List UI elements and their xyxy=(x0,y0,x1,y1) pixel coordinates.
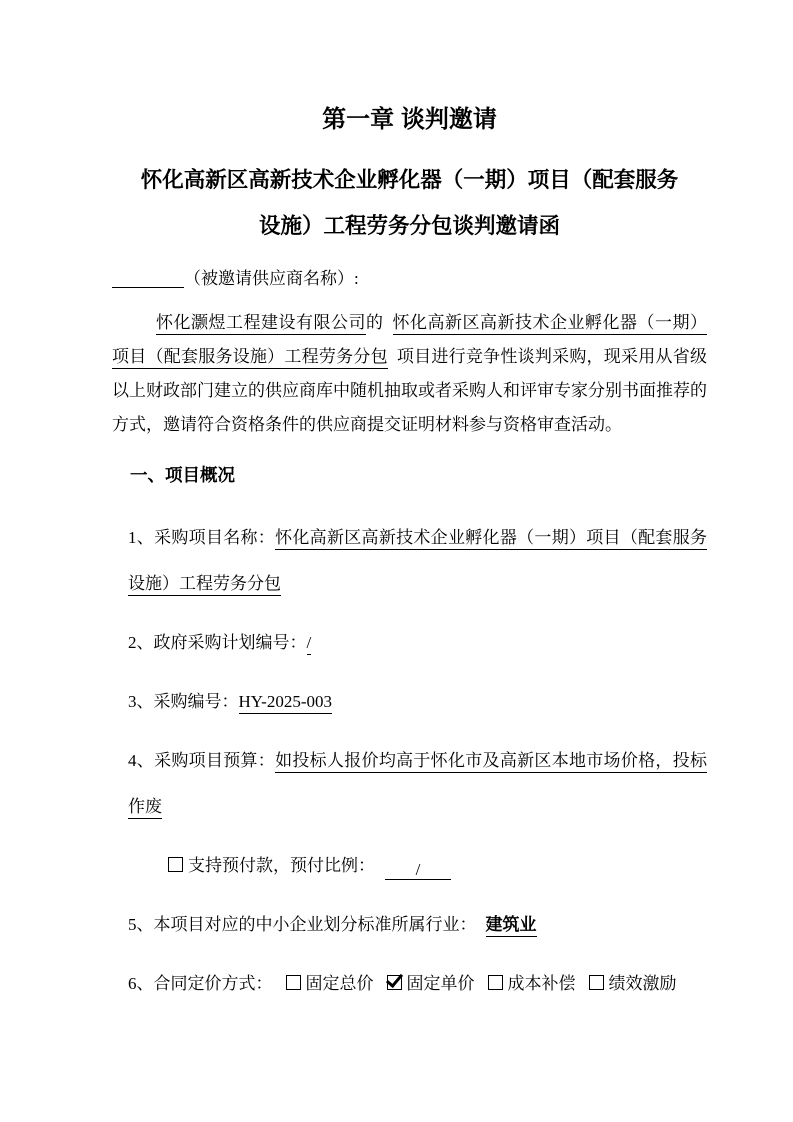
item3-label: 3、采购编号： xyxy=(128,692,239,711)
item-sme-industry: 5、本项目对应的中小企业划分标准所属行业：建筑业 xyxy=(128,902,707,948)
item6-label: 6、合同定价方式： xyxy=(128,974,273,993)
item1-label: 1、采购项目名称： xyxy=(128,528,275,547)
prepayment-checkbox-icon[interactable] xyxy=(168,857,183,872)
item-procurement-budget: 4、采购项目预算：如投标人报价均高于怀化市及高新区本地市场价格，投标作废 xyxy=(128,738,707,830)
fixed-total-price-label: 固定总价 xyxy=(306,974,374,993)
option-performance-incentive[interactable]: 绩效激励 xyxy=(589,974,677,993)
item-procurement-number: 3、采购编号：HY-2025-003 xyxy=(128,679,707,725)
performance-incentive-checkbox-icon[interactable] xyxy=(589,975,604,990)
cost-compensation-label: 成本补偿 xyxy=(508,974,576,993)
prepayment-ratio-blank-field[interactable]: / xyxy=(385,861,451,880)
item2-value: / xyxy=(307,633,312,655)
invited-supplier-label: （被邀请供应商名称）: xyxy=(184,269,359,288)
item-contract-pricing-method: 6、合同定价方式：固定总价固定单价成本补偿绩效激励 xyxy=(128,961,707,1007)
invited-supplier-line: （被邀请供应商名称）: xyxy=(112,264,707,294)
prepayment-line: 支持预付款，预付比例：/ xyxy=(168,843,707,889)
option-fixed-total-price[interactable]: 固定总价 xyxy=(286,974,374,993)
fixed-unit-price-label: 固定单价 xyxy=(407,974,475,993)
item2-label: 2、政府采购计划编号： xyxy=(128,633,307,652)
cost-compensation-checkbox-icon[interactable] xyxy=(488,975,503,990)
document-page: 第一章 谈判邀请 怀化高新区高新技术企业孵化器（一期）项目（配套服务设施）工程劳… xyxy=(0,0,793,1122)
item-procurement-project-name: 1、采购项目名称：怀化高新区高新技术企业孵化器（一期）项目（配套服务设施）工程劳… xyxy=(128,515,707,607)
option-fixed-unit-price[interactable]: 固定单价 xyxy=(387,974,475,993)
item-gov-procurement-plan-number: 2、政府采购计划编号：/ xyxy=(128,620,707,666)
item-list: 1、采购项目名称：怀化高新区高新技术企业孵化器（一期）项目（配套服务设施）工程劳… xyxy=(112,515,707,1007)
intro-connector: 的 xyxy=(366,313,384,332)
purchaser-name: 怀化灏煜工程建设有限公司 xyxy=(156,313,366,335)
prepayment-ratio-value: / xyxy=(416,860,421,879)
fixed-total-price-checkbox-icon[interactable] xyxy=(286,975,301,990)
section-heading-project-overview: 一、项目概况 xyxy=(130,461,707,489)
prepayment-label: 支持预付款，预付比例： xyxy=(188,856,375,875)
performance-incentive-label: 绩效激励 xyxy=(609,974,677,993)
option-cost-compensation[interactable]: 成本补偿 xyxy=(488,974,576,993)
item3-value: HY-2025-003 xyxy=(239,692,333,714)
item5-label: 5、本项目对应的中小企业划分标准所属行业： xyxy=(128,915,477,934)
chapter-title: 第一章 谈判邀请 xyxy=(112,104,707,136)
document-title: 怀化高新区高新技术企业孵化器（一期）项目（配套服务设施）工程劳务分包谈判邀请函 xyxy=(137,157,682,249)
supplier-name-blank-field[interactable] xyxy=(112,269,184,288)
intro-paragraph: 怀化灏煜工程建设有限公司的怀化高新区高新技术企业孵化器（一期）项目（配套服务设施… xyxy=(112,306,707,442)
item4-label: 4、采购项目预算： xyxy=(128,751,275,770)
fixed-unit-price-checkbox-icon[interactable] xyxy=(387,975,402,990)
item5-value: 建筑业 xyxy=(486,915,537,937)
